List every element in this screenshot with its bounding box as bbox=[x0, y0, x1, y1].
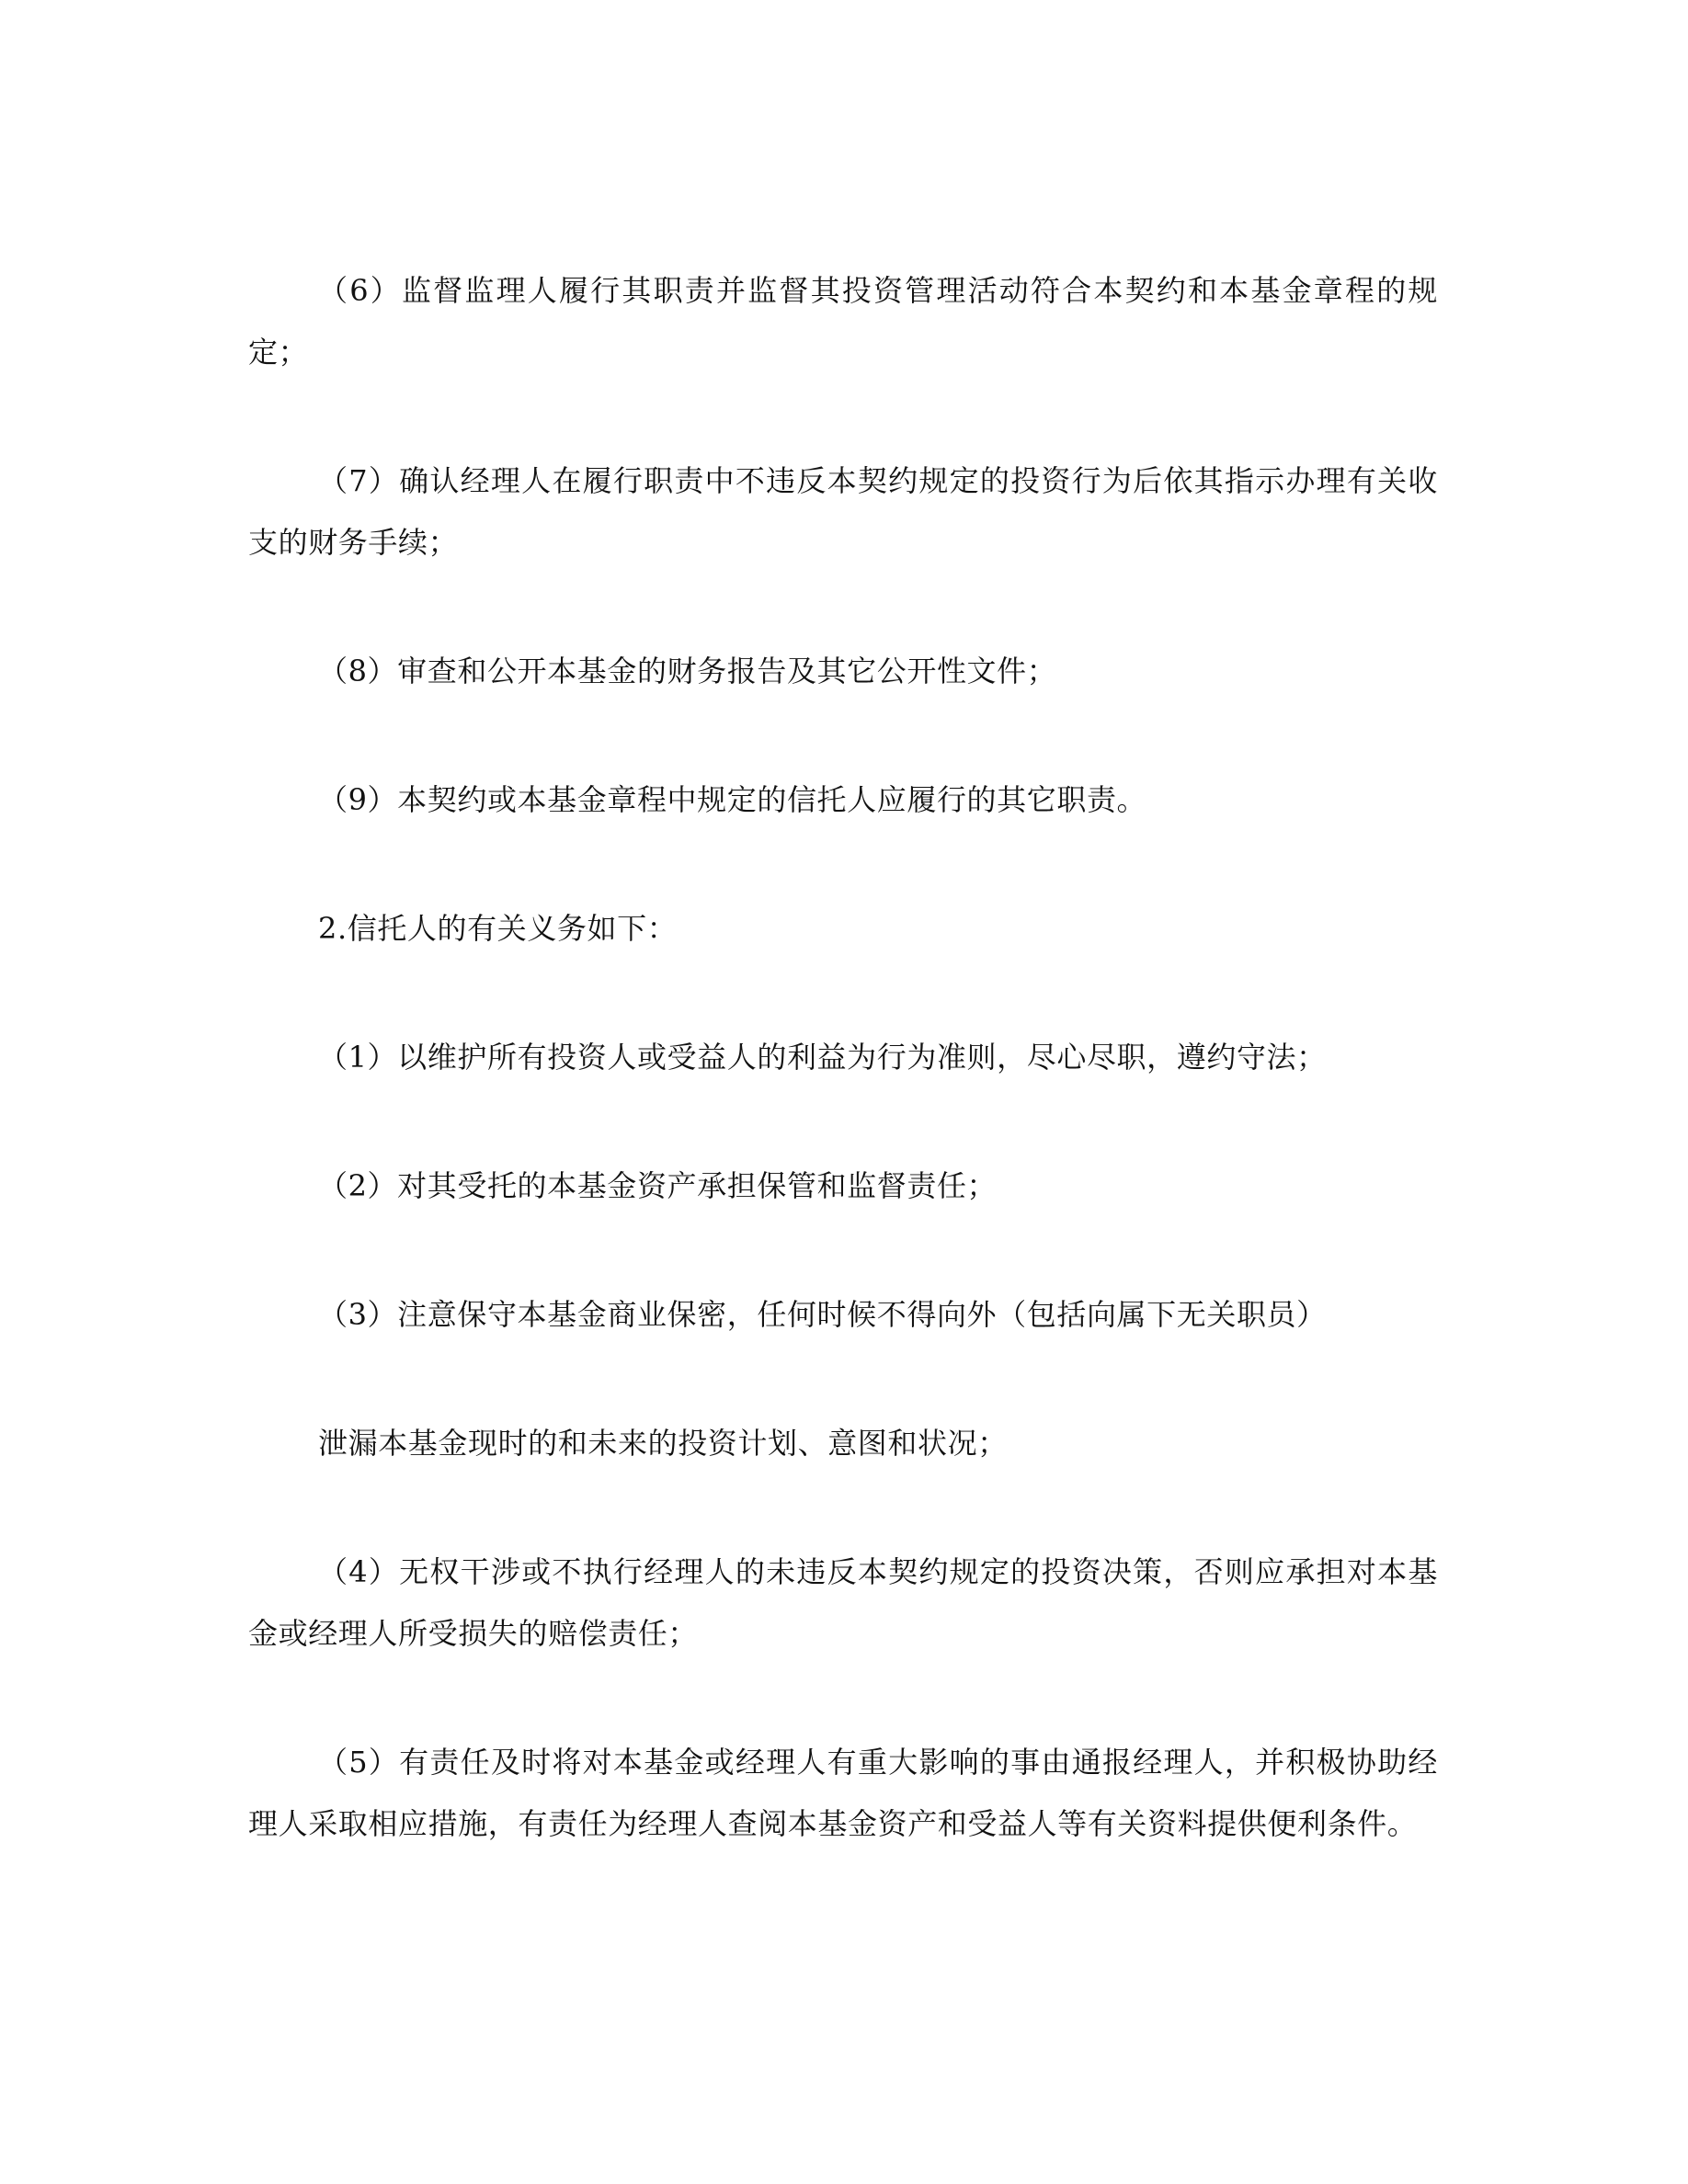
paragraph-obligation-5: （5）有责任及时将对本基金或经理人有重大影响的事由通报经理人，并积极协助经理人采… bbox=[248, 1732, 1438, 1855]
document-page: （6）监督监理人履行其职责并监督其投资管理活动符合本契约和本基金章程的规定； （… bbox=[248, 260, 1438, 1922]
section-heading-obligations: 2.信托人的有关义务如下： bbox=[248, 898, 1438, 960]
paragraph-obligation-4: （4）无权干涉或不执行经理人的未违反本契约规定的投资决策，否则应承担对本基金或经… bbox=[248, 1541, 1438, 1665]
paragraph-obligation-2: （2）对其受托的本基金资产承担保管和监督责任； bbox=[248, 1155, 1438, 1217]
paragraph-duty-9: （9）本契约或本基金章程中规定的信托人应履行的其它职责。 bbox=[248, 769, 1438, 831]
paragraph-obligation-3: （3）注意保守本基金商业保密，任何时候不得向外（包括向属下无关职员） bbox=[248, 1284, 1438, 1346]
paragraph-duty-6: （6）监督监理人履行其职责并监督其投资管理活动符合本契约和本基金章程的规定； bbox=[248, 260, 1438, 383]
paragraph-duty-7: （7）确认经理人在履行职责中不违反本契约规定的投资行为后依其指示办理有关收支的财… bbox=[248, 450, 1438, 574]
paragraph-obligation-3-continued: 泄漏本基金现时的和未来的投资计划、意图和状况； bbox=[248, 1413, 1438, 1474]
paragraph-obligation-1: （1）以维护所有投资人或受益人的利益为行为准则，尽心尽职，遵约守法； bbox=[248, 1027, 1438, 1088]
paragraph-duty-8: （8）审查和公开本基金的财务报告及其它公开性文件； bbox=[248, 641, 1438, 702]
